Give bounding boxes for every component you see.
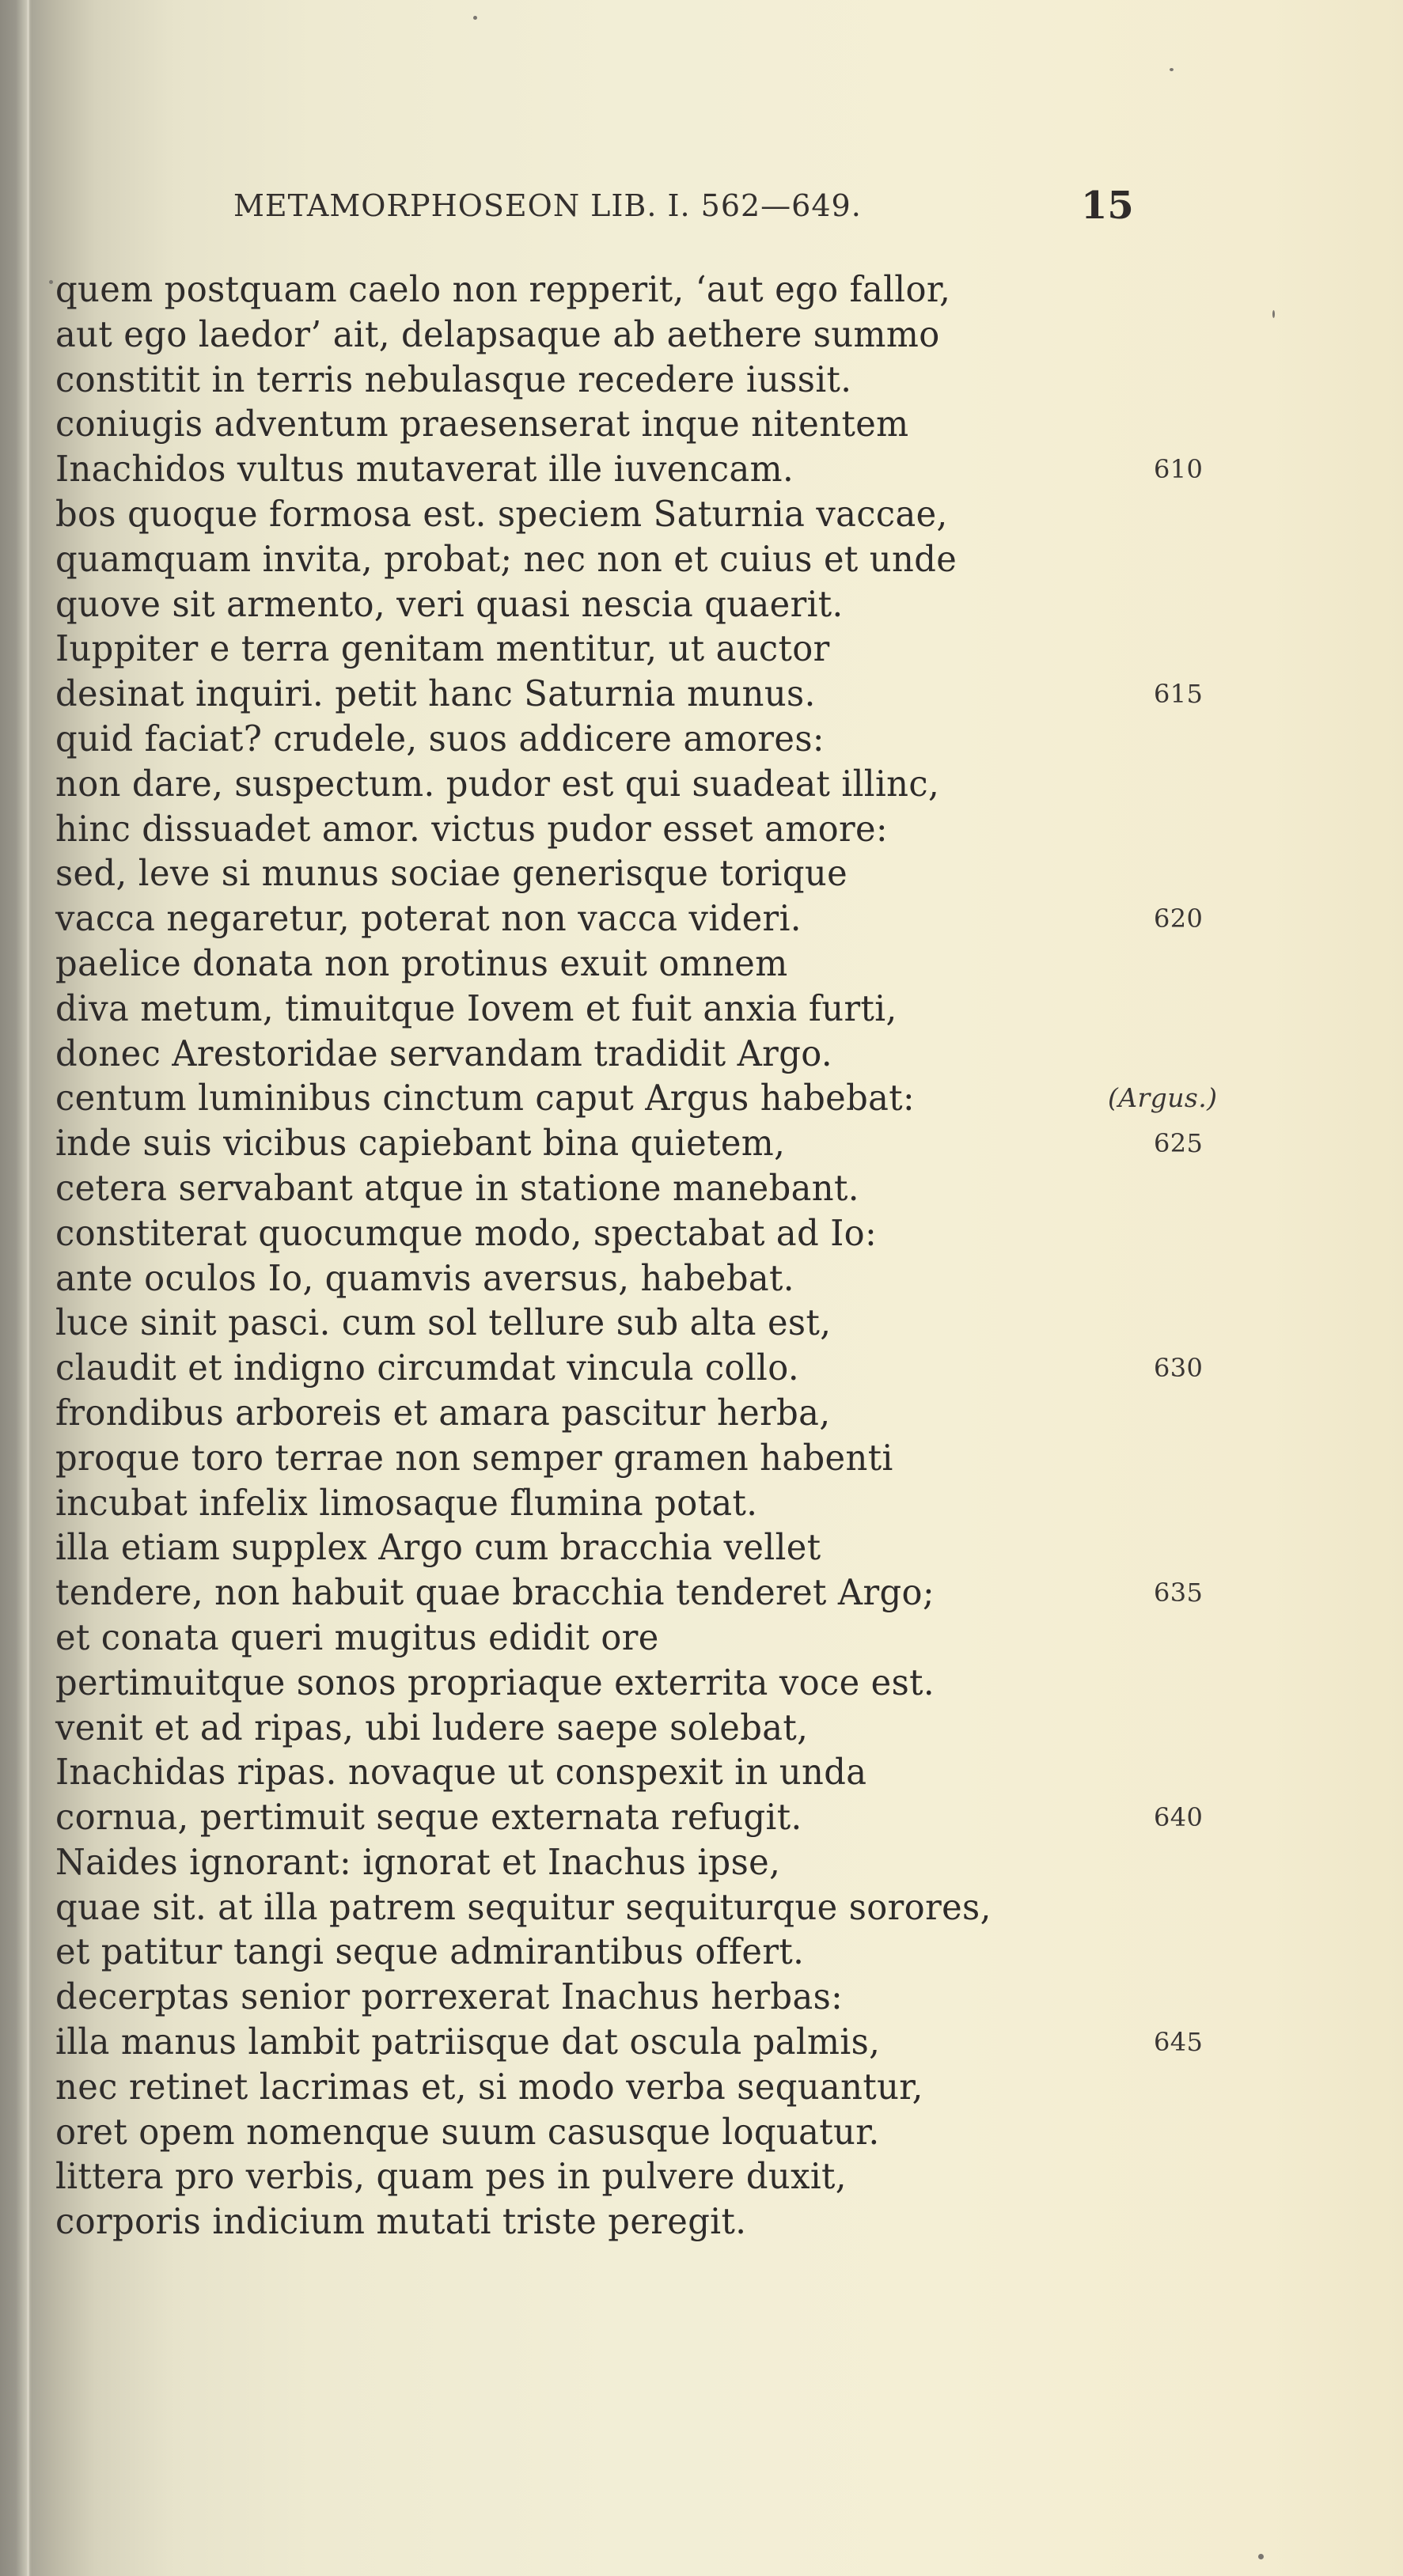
verse-line: desinat inquiri. petit hanc Saturnia mun…: [55, 672, 1147, 717]
verse-block: quem postquam caelo non repperit, ‘aut e…: [55, 267, 1147, 2245]
verse-line: proque toro terrae non semper gramen hab…: [55, 1436, 1147, 1481]
scan-speck: [1272, 310, 1275, 318]
verse-text: incubat infelix limosaque flumina potat.: [55, 1481, 757, 1526]
verse-line: paelice donata non protinus exuit omnem: [55, 941, 1147, 987]
line-number: 635: [1154, 1570, 1203, 1616]
verse-line: cetera servabant atque in statione maneb…: [55, 1166, 1147, 1211]
verse-text: aut ego laedor’ ait, delapsaque ab aethe…: [55, 313, 940, 358]
scan-speck: [473, 16, 477, 20]
verse-text: coniugis adventum praesenserat inque nit…: [55, 402, 909, 447]
verse-text: frondibus arboreis et amara pascitur her…: [55, 1391, 830, 1436]
verse-text: non dare, suspectum. pudor est qui suade…: [55, 762, 939, 807]
verse-text: constiterat quocumque modo, spectabat ad…: [55, 1211, 877, 1256]
verse-line: decerptas senior porrexerat Inachus herb…: [55, 1975, 1147, 2020]
verse-line: nec retinet lacrimas et, si modo verba s…: [55, 2065, 1147, 2110]
verse-text: inde suis vicibus capiebant bina quietem…: [55, 1121, 785, 1166]
marginal-note: (Argus.): [1108, 1076, 1217, 1121]
line-number: 625: [1154, 1121, 1203, 1166]
verse-line: luce sinit pasci. cum sol tellure sub al…: [55, 1301, 1147, 1346]
verse-text: tendere, non habuit quae bracchia tender…: [55, 1570, 935, 1616]
book-gutter: [27, 0, 29, 2576]
verse-text: illa etiam supplex Argo cum bracchia vel…: [55, 1525, 821, 1570]
verse-line: cornua, pertimuit seque externata refugi…: [55, 1795, 1147, 1840]
verse-text: bos quoque formosa est. speciem Saturnia…: [55, 492, 948, 537]
verse-line: centum luminibus cinctum caput Argus hab…: [55, 1076, 1147, 1121]
verse-line: Naides ignorant: ignorat et Inachus ipse…: [55, 1840, 1147, 1885]
verse-line: non dare, suspectum. pudor est qui suade…: [55, 762, 1147, 807]
verse-text: et conata queri mugitus edidit ore: [55, 1616, 659, 1661]
verse-line: venit et ad ripas, ubi ludere saepe sole…: [55, 1706, 1147, 1751]
verse-text: claudit et indigno circumdat vincula col…: [55, 1346, 799, 1391]
verse-line: et conata queri mugitus edidit ore: [55, 1616, 1147, 1661]
verse-text: sed, leve si munus sociae generisque tor…: [55, 851, 847, 896]
verse-text: donec Arestoridae servandam tradidit Arg…: [55, 1032, 832, 1077]
verse-line: Iuppiter e terra genitam mentitur, ut au…: [55, 627, 1147, 672]
verse-line: quid faciat? crudele, suos addicere amor…: [55, 717, 1147, 762]
verse-text: quem postquam caelo non repperit, ‘aut e…: [55, 267, 950, 313]
verse-line: sed, leve si munus sociae generisque tor…: [55, 851, 1147, 896]
verse-line: corporis indicium mutati triste peregit.: [55, 2199, 1147, 2245]
verse-text: cetera servabant atque in statione maneb…: [55, 1166, 859, 1211]
verse-line: ante oculos Io, quamvis aversus, habebat…: [55, 1256, 1147, 1301]
verse-text: venit et ad ripas, ubi ludere saepe sole…: [55, 1706, 808, 1751]
verse-line: coniugis adventum praesenserat inque nit…: [55, 402, 1147, 447]
verse-text: quamquam invita, probat; nec non et cuiu…: [55, 537, 957, 582]
running-title: METAMORPHOSEON LIB. I. 562—649.: [233, 188, 862, 223]
verse-line: Inachidas ripas. novaque ut conspexit in…: [55, 1750, 1147, 1795]
verse-line: quem postquam caelo non repperit, ‘aut e…: [55, 267, 1147, 313]
verse-line: quae sit. at illa patrem sequitur sequit…: [55, 1885, 1147, 1930]
line-number: 610: [1154, 447, 1203, 492]
verse-text: quid faciat? crudele, suos addicere amor…: [55, 717, 825, 762]
verse-line: frondibus arboreis et amara pascitur her…: [55, 1391, 1147, 1436]
verse-text: quae sit. at illa patrem sequitur sequit…: [55, 1885, 992, 1930]
verse-text: et patitur tangi seque admirantibus offe…: [55, 1930, 804, 1975]
verse-line: quove sit armento, veri quasi nescia qua…: [55, 582, 1147, 627]
verse-line: tendere, non habuit quae bracchia tender…: [55, 1570, 1147, 1616]
verse-line: illa etiam supplex Argo cum bracchia vel…: [55, 1525, 1147, 1570]
verse-line: constiterat quocumque modo, spectabat ad…: [55, 1211, 1147, 1256]
verse-text: corporis indicium mutati triste peregit.: [55, 2199, 746, 2245]
verse-text: illa manus lambit patriisque dat oscula …: [55, 2020, 880, 2065]
verse-text: cornua, pertimuit seque externata refugi…: [55, 1795, 802, 1840]
scan-speck: [1170, 68, 1174, 71]
verse-text: paelice donata non protinus exuit omnem: [55, 941, 788, 987]
verse-text: Iuppiter e terra genitam mentitur, ut au…: [55, 627, 830, 672]
verse-text: desinat inquiri. petit hanc Saturnia mun…: [55, 672, 816, 717]
line-number: 630: [1154, 1346, 1203, 1391]
verse-line: aut ego laedor’ ait, delapsaque ab aethe…: [55, 313, 1147, 358]
verse-text: luce sinit pasci. cum sol tellure sub al…: [55, 1301, 831, 1346]
verse-line: quamquam invita, probat; nec non et cuiu…: [55, 537, 1147, 582]
verse-line: donec Arestoridae servandam tradidit Arg…: [55, 1032, 1147, 1077]
verse-text: quove sit armento, veri quasi nescia qua…: [55, 582, 844, 627]
line-number: 620: [1154, 896, 1203, 941]
verse-text: oret opem nomenque suum casusque loquatu…: [55, 2110, 880, 2155]
verse-line: diva metum, timuitque Iovem et fuit anxi…: [55, 987, 1147, 1032]
verse-text: Inachidas ripas. novaque ut conspexit in…: [55, 1750, 866, 1795]
verse-line: et patitur tangi seque admirantibus offe…: [55, 1930, 1147, 1975]
verse-text: decerptas senior porrexerat Inachus herb…: [55, 1975, 843, 2020]
verse-line: bos quoque formosa est. speciem Saturnia…: [55, 492, 1147, 537]
verse-text: Inachidos vultus mutaverat ille iuvencam…: [55, 447, 794, 492]
verse-text: pertimuitque sonos propriaque exterrita …: [55, 1661, 935, 1706]
verse-line: inde suis vicibus capiebant bina quietem…: [55, 1121, 1147, 1166]
verse-text: proque toro terrae non semper gramen hab…: [55, 1436, 893, 1481]
verse-text: ante oculos Io, quamvis aversus, habebat…: [55, 1256, 794, 1301]
verse-text: diva metum, timuitque Iovem et fuit anxi…: [55, 987, 897, 1032]
verse-text: nec retinet lacrimas et, si modo verba s…: [55, 2065, 923, 2110]
scan-speck: [49, 280, 53, 284]
verse-line: pertimuitque sonos propriaque exterrita …: [55, 1661, 1147, 1706]
verse-line: illa manus lambit patriisque dat oscula …: [55, 2020, 1147, 2065]
verse-line: constitit in terris nebulasque recedere …: [55, 358, 1147, 403]
verse-line: hinc dissuadet amor. victus pudor esset …: [55, 807, 1147, 852]
line-number: 645: [1154, 2020, 1203, 2065]
verse-line: claudit et indigno circumdat vincula col…: [55, 1346, 1147, 1391]
verse-text: hinc dissuadet amor. victus pudor esset …: [55, 807, 888, 852]
verse-text: littera pro verbis, quam pes in pulvere …: [55, 2154, 847, 2199]
line-number: 615: [1154, 672, 1203, 717]
verse-text: Naides ignorant: ignorat et Inachus ipse…: [55, 1840, 780, 1885]
verse-line: incubat infelix limosaque flumina potat.: [55, 1481, 1147, 1526]
line-number: 640: [1154, 1795, 1203, 1840]
verse-line: Inachidos vultus mutaverat ille iuvencam…: [55, 447, 1147, 492]
verse-text: constitit in terris nebulasque recedere …: [55, 358, 851, 403]
verse-line: littera pro verbis, quam pes in pulvere …: [55, 2154, 1147, 2199]
page-number: 15: [1081, 184, 1134, 228]
scan-speck: [1258, 2554, 1264, 2559]
verse-text: vacca negaretur, poterat non vacca vider…: [55, 896, 802, 941]
verse-line: oret opem nomenque suum casusque loquatu…: [55, 2110, 1147, 2155]
verse-text: centum luminibus cinctum caput Argus hab…: [55, 1076, 915, 1121]
verse-line: vacca negaretur, poterat non vacca vider…: [55, 896, 1147, 941]
